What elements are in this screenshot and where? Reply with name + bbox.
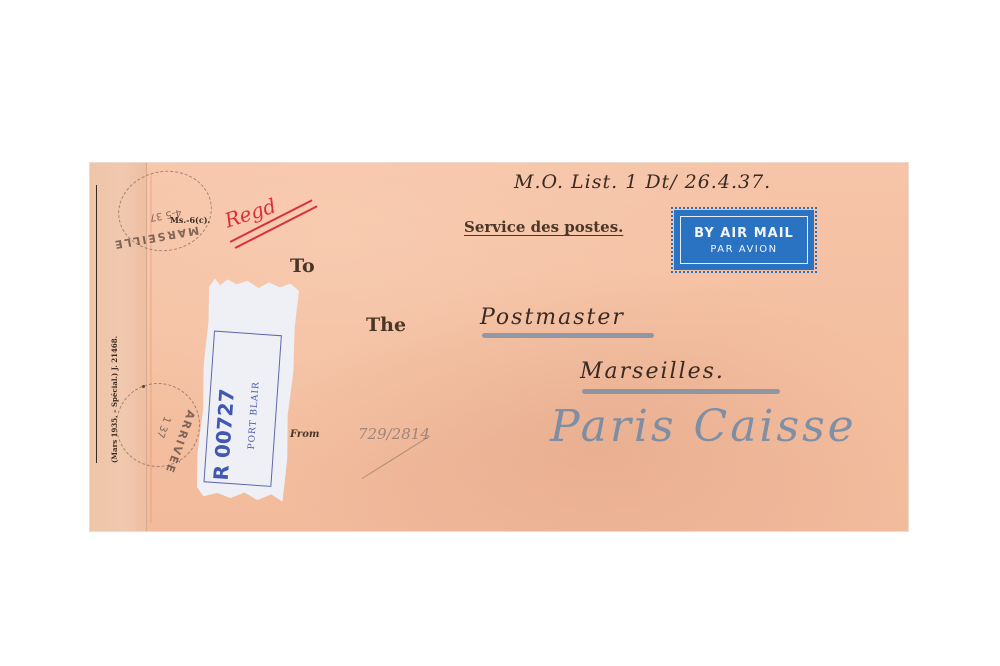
addressee-postmaster: Postmaster [480, 305, 625, 330]
strikethrough-marseilles [582, 389, 780, 394]
registration-label: R 00727 PORT BLAIR [195, 278, 300, 502]
printed-from: From [290, 429, 319, 440]
ink-spot [142, 385, 145, 388]
service-heading: Service des postes. [464, 218, 623, 236]
postmark-bottom-date: 1 37 [154, 415, 172, 440]
registration-office: PORT BLAIR [247, 381, 262, 450]
printed-the: The [366, 314, 406, 336]
envelope: (Mars 1935. – Spécial.) J. 21468. MARSEI… [90, 163, 908, 531]
flap-printer-imprint: (Mars 1935. – Spécial.) J. 21468. [110, 336, 119, 463]
addressee-marseilles: Marseilles. [580, 359, 725, 384]
readdressed-paris-caisse: Paris Caisse [550, 401, 857, 452]
registration-number: R 00727 [209, 388, 239, 481]
strikethrough-postmaster [482, 333, 654, 338]
postmark-top-text: MARSEILLE [112, 224, 200, 252]
registration-label-box: R 00727 PORT BLAIR [203, 331, 281, 487]
airmail-label-inner: BY AIR MAIL PAR AVION [680, 216, 808, 264]
printed-to: To [290, 255, 315, 277]
handwritten-reference: M.O. List. 1 Dt/ 26.4.37. [514, 171, 771, 193]
registered-annotation: Regd [222, 193, 279, 232]
airmail-label-french: PAR AVION [710, 244, 777, 255]
flap-rule-line [96, 185, 97, 463]
airmail-label-english: BY AIR MAIL [694, 226, 794, 241]
form-number: Ms.-6(c). [170, 215, 210, 225]
airmail-label: BY AIR MAIL PAR AVION [674, 210, 814, 270]
pencil-note: 729/2814 [358, 425, 430, 443]
